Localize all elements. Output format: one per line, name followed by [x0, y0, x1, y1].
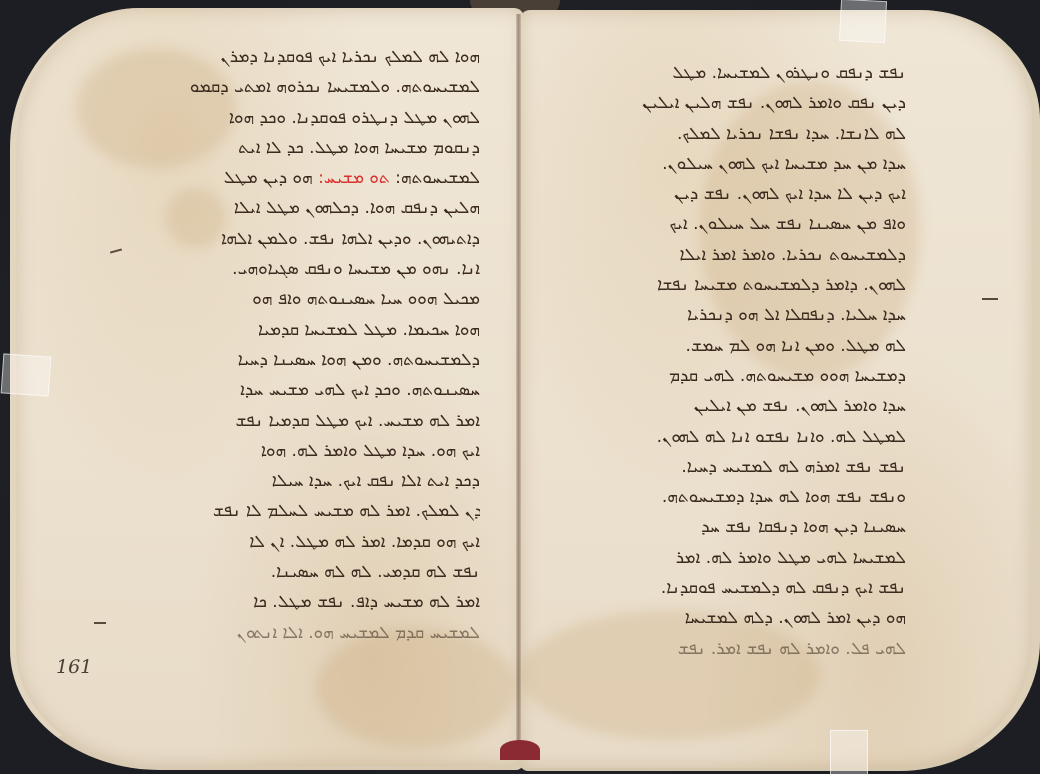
text-line: ܐܝܟ ܗܘ ܩܕܡܐ. ܐܡܪ ܠܗ ܡܛܠ. ܐܢ ܠܐ — [128, 527, 480, 557]
text-line: ܘܢܦܫ ܢܦܫ ܗܘܐ ܠܗ ܚܕܐ ܕܡܫܝܚܘܬܗ. — [560, 482, 906, 512]
text-line-faded: ܠܡܫܝܚ ܩܕܡ ܠܡܫܝܚ ܗܘ. ܐܠܐ ܐܢܬܘܢ — [128, 618, 480, 648]
text-line-with-rubric: ܠܡܫܝܚܘܬܗ: ܬܘ ܡܫܝܚ: ܗܘ ܕܝܢ ܡܛܠ — [128, 163, 480, 193]
spine-gutter — [516, 14, 521, 754]
text-line: ܠܡܛܠ ܠܗ. ܘܐܢܐ ܢܦܫܘ ܐܢܐ ܠܗ ܠܗܘܢ. — [560, 422, 906, 452]
text-line: ܐܡܪ ܠܗ ܡܫܝܚ. ܐܝܟ ܡܛܠ ܩܕܡܝܐ ܢܦܫ — [128, 406, 480, 436]
text-line: ܕܟܕ ܐܝܬ ܐܠܐ ܢܦܩ ܐܝܟ. ܚܕܐ ܚܝܠܐ — [128, 466, 480, 496]
margin-dash — [94, 622, 106, 624]
text-line: ܕܠܡܫܝܚܘܬ ܢܟܪܝܐ. ܘܐܡܪ ܐܡܪ ܐܝܠܐ — [560, 240, 906, 270]
text-line: ܗܘܐ ܚܟܝܡܐ. ܡܛܠ ܠܡܫܝܚܐ ܩܕܡܝܐ — [128, 315, 480, 345]
text-line: ܐܡܪ ܠܗ ܡܫܝܚ ܕܐܦ. ܢܦܫ ܡܛܠ. ܟܐ — [128, 587, 480, 617]
text-line: ܐܝܟ ܗܘ. ܚܕܐ ܡܛܠ ܘܐܡܪ ܠܗ. ܗܘܐ — [128, 436, 480, 466]
text-line: ܠܗ ܠܐܢܫܐ. ܚܕܐ ܢܦܫܐ ܢܟܪܝܐ ܠܡܠܟ. — [560, 119, 906, 149]
text-line: ܕܝܢ ܢܦܩ ܘܐܡܪ ܠܗܘܢ. ܢܦܫ ܗܠܝܢ ܐܝܠܝܢ — [560, 88, 906, 118]
folio-number: 161 — [56, 656, 92, 678]
text-line: ܕܠܡܫܝܚܘܬܗ. ܘܡܢ ܗܘܐ ܚܣܝܢܐ ܕܚܝܐ — [128, 345, 480, 375]
red-rubric: ܬܘ ܡܫܝܚ: — [318, 168, 390, 188]
text-line: ܠܗܘܢ. ܕܐܡܪ ܕܠܡܫܝܚܘܬ ܡܫܝܚܐ ܢܦܫܐ — [560, 270, 906, 300]
text-line: ܚܕܐ ܚܠܝܐ. ܕܢܦܩܠܐ ܐܠ ܗܘ ܕܢܟܪܝܐ — [560, 300, 906, 330]
text-line: ܠܗ ܡܛܠ. ܘܡܢ ܐܢܐ ܗܘ ܠܡ ܚܡܫ. — [560, 331, 906, 361]
text-line: ܐܢܐ. ܢܗܘ ܡܢ ܡܫܝܚܐ ܘܢܦܩ ܣܓܝܐܘܗܝ. — [128, 254, 480, 284]
tape-strip — [1, 353, 52, 396]
text-line: ܠܡܫܝܚܘܬܗ. ܘܠܡܫܝܚܐ ܢܟܪܘܗ ܐܡܬܝ ܕܩܡܘ — [128, 72, 480, 102]
margin-dash — [982, 298, 998, 300]
text-line: ܚܣܝܢܘܬܗ. ܘܟܕ ܐܝܟ ܠܗܝ ܡܫܝܚ ܚܕܐ — [128, 375, 480, 405]
text-line: ܗܠܝܢ ܕܢܦܩ ܗܘܐ. ܕܟܠܗܘܢ ܡܛܠ ܐܝܠܐ — [128, 193, 480, 223]
text-line: ܠܗܘܢ ܡܛܠ ܕܢܛܪܘ ܦܘܩܕܢܐ. ܘܟܕ ܗܘܐ — [128, 103, 480, 133]
text-line: ܢܦܫ ܠܗ ܩܕܡܝ. ܠܗ ܠܗ ܚܣܝܢܐ. — [128, 557, 480, 587]
left-page-text: ܗܘܐ ܠܗ ܠܡܠܟ ܢܟܪܝܐ ܐܝܟ ܦܘܩܕܢܐ ܕܡܪܢ ܠܡܫܝܚܘ… — [128, 42, 480, 648]
text-line: ܢܦܫ ܕܢܦܩ ܘܢܛܪܘܢ ܠܡܫܝܚܐ. ܡܛܠ — [560, 58, 906, 88]
red-headband — [500, 740, 540, 760]
text-segment: ܠܡܫܝܚܘܬܗ: — [395, 168, 480, 188]
text-line: ܚܕܐ ܡܢ ܚܕ ܡܫܝܚܐ ܐܝܟ ܠܗܘܢ ܚܝܠܘܢ. — [560, 149, 906, 179]
tape-strip — [830, 730, 868, 774]
text-line-faded: ܠܗܝ ܦܠ. ܘܐܡܪ ܠܗ ܢܦܫ ܐܡܪ. ܢܦܫ — [560, 634, 906, 664]
text-line: ܠܡܫܝܚܐ ܠܗܝ ܡܛܠ ܘܐܡܪ ܠܗ. ܐܡܪ — [560, 543, 906, 573]
text-line: ܘܐܦ ܡܢ ܚܣܝܢܐ ܢܦܫ ܚܠ ܚܝܠܘܢ. ܐܝܟ — [560, 209, 906, 239]
right-page-text: ܢܦܫ ܕܢܦܩ ܘܢܛܪܘܢ ܠܡܫܝܚܐ. ܡܛܠ ܕܝܢ ܢܦܩ ܘܐܡܪ… — [560, 58, 906, 664]
text-line: ܢܦܫ ܐܝܟ ܕܢܦܩ ܠܗ ܕܠܡܫܝܚ ܦܘܩܕܢܐ. — [560, 573, 906, 603]
text-line: ܕܐܬܝܗܘܢ. ܘܕܝܢ ܐܠܗܐ ܢܦܫ. ܘܠܡܢ ܐܠܗܐ — [128, 224, 480, 254]
text-line: ܗܘܐ ܠܗ ܠܡܠܟ ܢܟܪܝܐ ܐܝܟ ܦܘܩܕܢܐ ܕܡܪܢ — [128, 42, 480, 72]
tape-strip — [839, 0, 887, 43]
text-line: ܢܦܫ ܢܦܫ ܐܡܪܗ ܠܗ ܠܡܫܝܚ ܕܚܝܐ. — [560, 452, 906, 482]
text-segment: ܗܘ ܕܝܢ ܡܛܠ — [224, 168, 313, 188]
text-line: ܕܢ ܠܡܠܟ. ܐܡܪ ܠܗ ܡܫܝܚ ܠܚܠܡ ܠܐ ܢܦܫ — [128, 496, 480, 526]
text-line: ܡܟܝܠ ܗܘܘ ܚܝܐ ܚܣܝܢܘܬܗ ܘܐܦ ܗܘ — [128, 284, 480, 314]
text-line: ܚܕܐ ܘܐܡܪ ܠܗܘܢ. ܢܦܫ ܡܢ ܐܝܠܝܢ — [560, 391, 906, 421]
manuscript-photo: ܗܘܐ ܠܗ ܠܡܠܟ ܢܟܪܝܐ ܐܝܟ ܦܘܩܕܢܐ ܕܡܪܢ ܠܡܫܝܚܘ… — [0, 0, 1040, 774]
text-line: ܕܢܩܘܡ ܡܫܝܚܐ ܗܘܐ ܡܛܠ. ܟܕ ܠܐ ܐܝܬ — [128, 133, 480, 163]
text-line: ܐܝܟ ܕܝܢ ܠܐ ܚܕܐ ܐܝܟ ܠܗܘܢ. ܢܦܫ ܕܝܢ — [560, 179, 906, 209]
text-line: ܕܡܫܝܚܐ ܗܘܘ ܡܫܝܚܘܬܗ. ܠܗܝ ܩܕܡ — [560, 361, 906, 391]
text-line: ܚܣܝܢܐ ܕܝܢ ܗܘܐ ܕܢܦܩܐ ܢܦܫ ܚܕ — [560, 512, 906, 542]
text-line: ܗܘ ܕܝܢ ܐܡܪ ܠܗܘܢ. ܕܠܗ ܠܡܫܝܚܐ — [560, 603, 906, 633]
